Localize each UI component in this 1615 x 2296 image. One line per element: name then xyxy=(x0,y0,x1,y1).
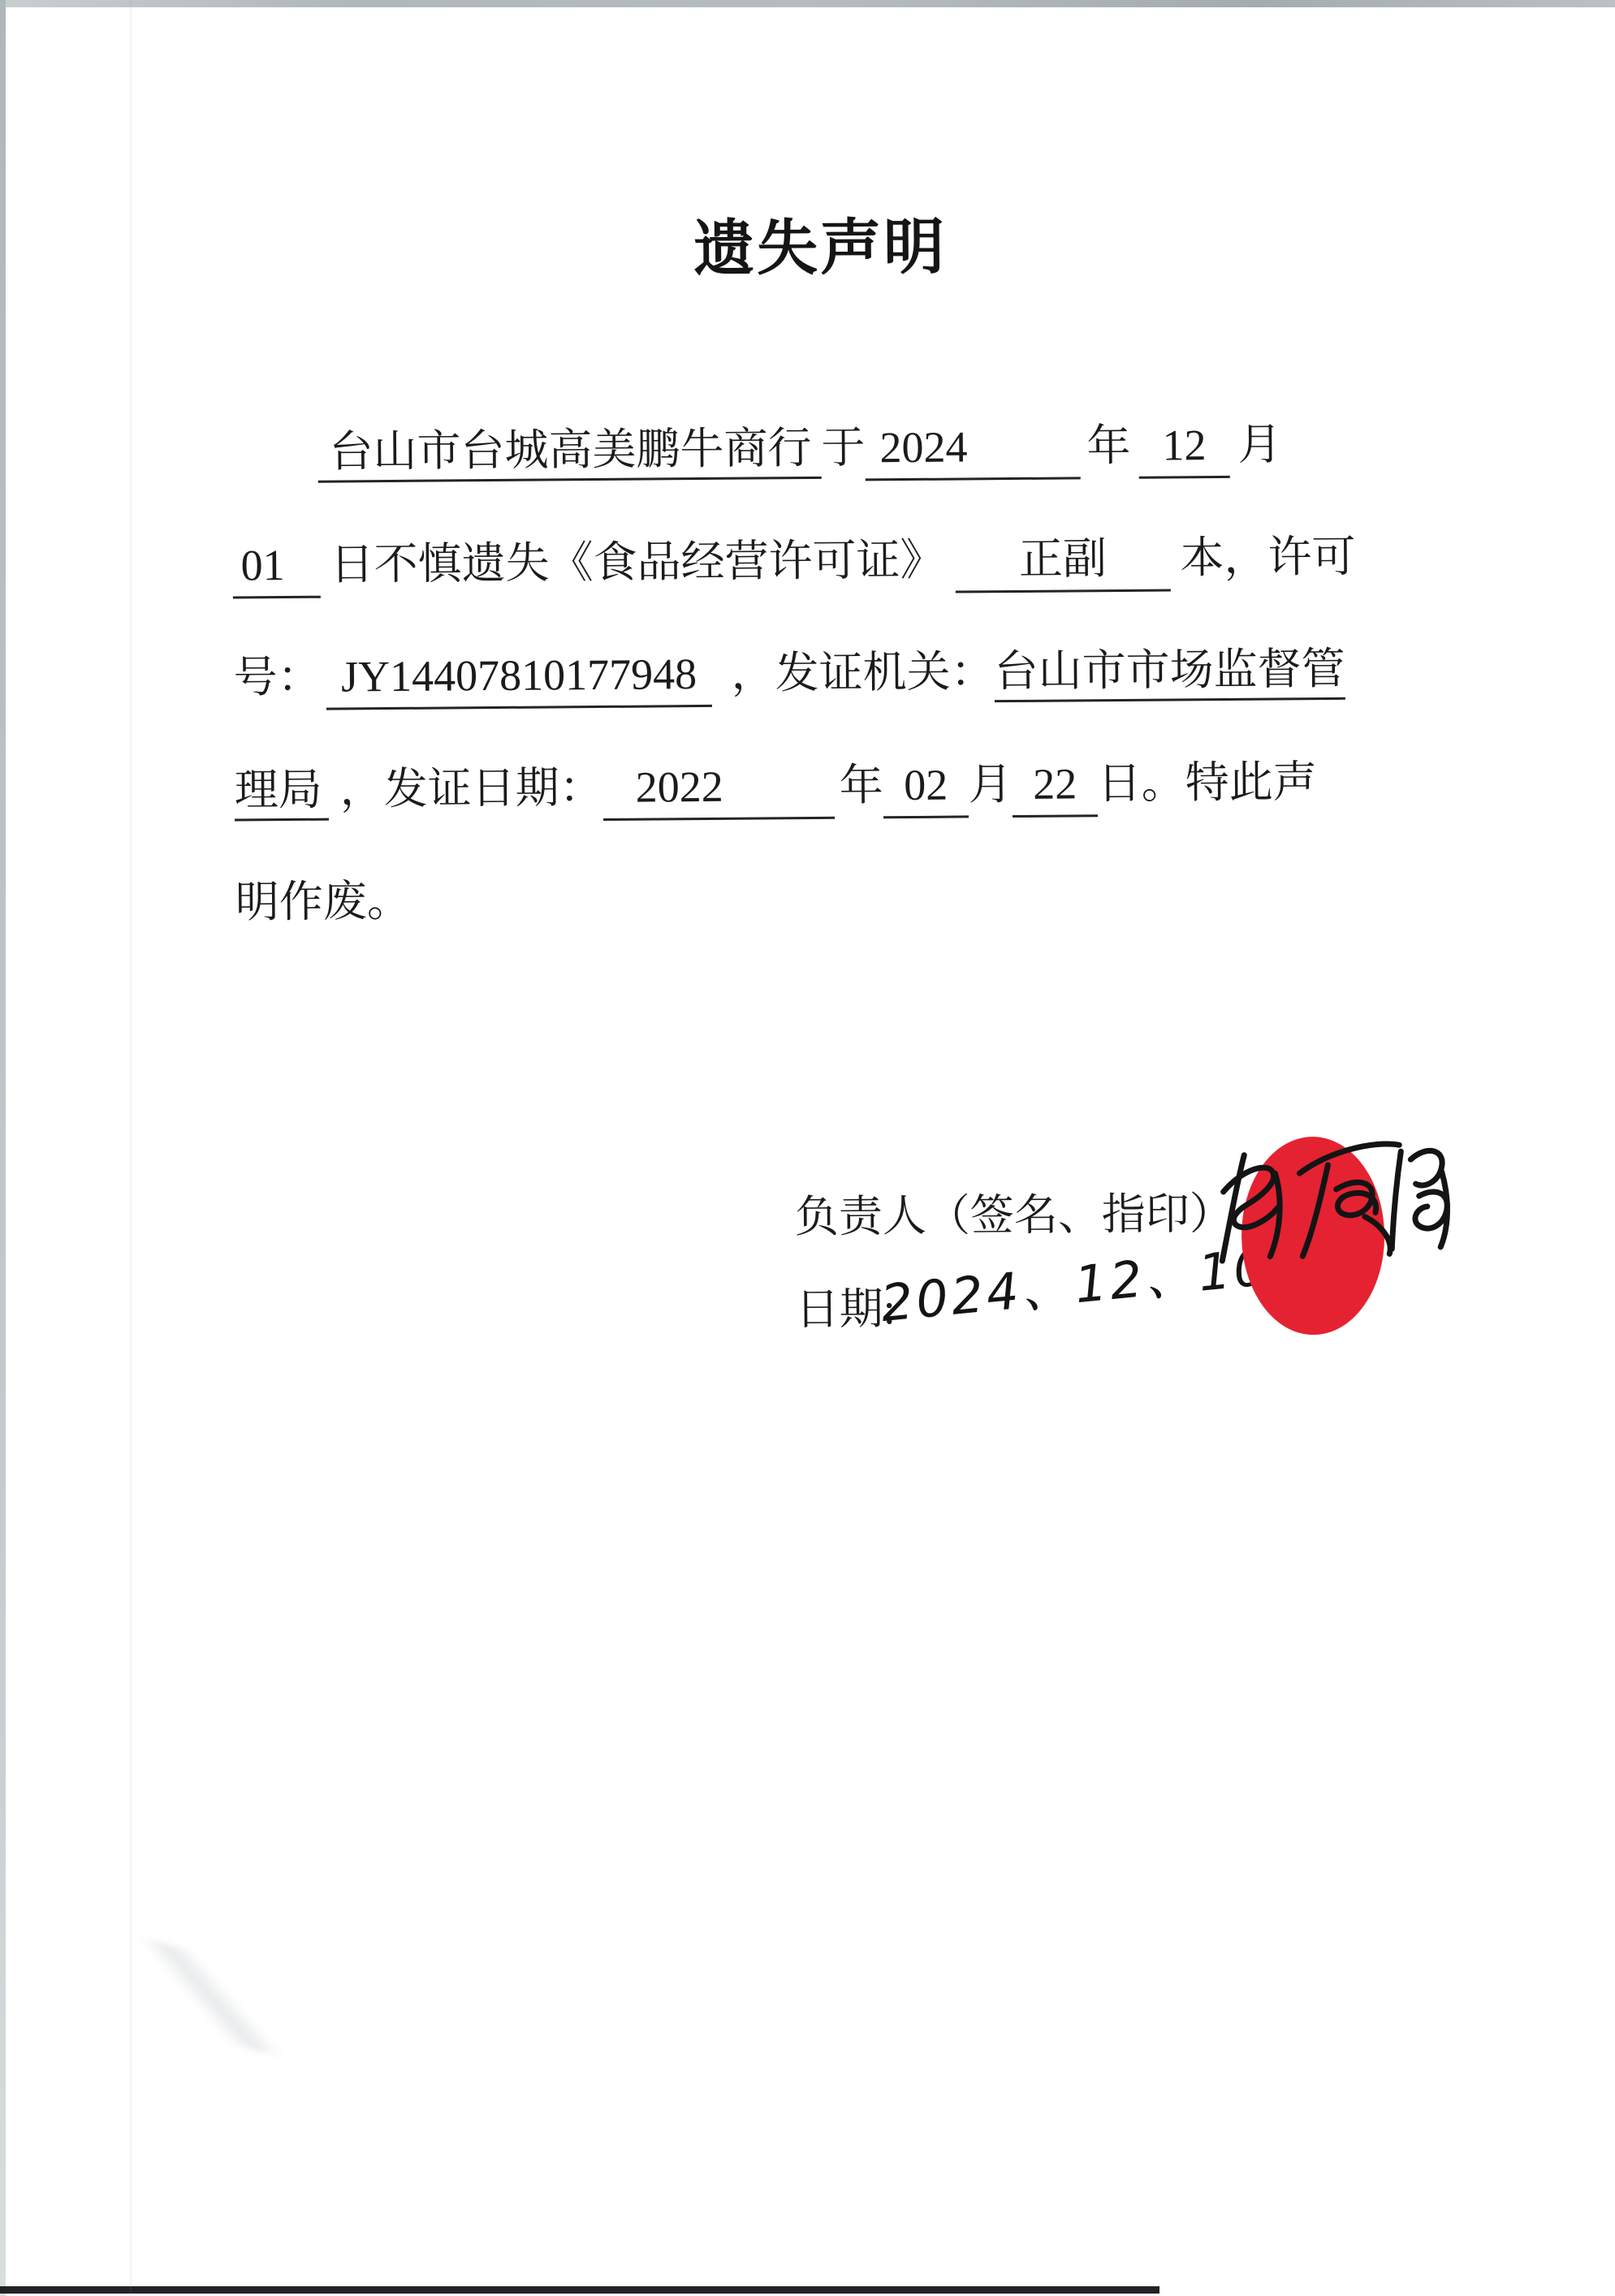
body-line-1: 台山市台城高美鹏牛商行于2024年12月 xyxy=(317,418,1282,485)
scanned-page: 遗失声明 台山市台城高美鹏牛商行于2024年12月 01日不慎遗失《食品经营许可… xyxy=(0,0,1615,2296)
scan-edge-top xyxy=(0,0,1615,7)
authority-part1: 台山市市场监督管 xyxy=(994,645,1345,702)
scan-edge-left xyxy=(0,0,6,2296)
issue-year-label: 年 xyxy=(839,761,883,809)
line4-tail: 日。特此声 xyxy=(1097,757,1316,808)
line3-mid: ，发证机关： xyxy=(731,647,994,698)
issue-month-label: 月 xyxy=(968,760,1012,809)
line2-tail: 本，许可 xyxy=(1180,533,1355,583)
lost-day-blank: 01 xyxy=(232,539,321,599)
body-line-2: 01日不慎遗失《食品经营许可证》正副本，许可 xyxy=(232,531,1356,599)
body-line-4: 理局，发证日期：2022年02月22日。特此声 xyxy=(234,756,1317,823)
line4-mid: ，发证日期： xyxy=(340,763,603,814)
text-yu: 于 xyxy=(821,423,865,472)
copies-blank: 正副 xyxy=(955,532,1171,593)
issue-month-blank: 02 xyxy=(883,758,969,818)
issue-day-blank: 22 xyxy=(1012,757,1098,818)
issue-year-blank: 2022 xyxy=(602,760,835,821)
signature-ink xyxy=(1221,1143,1448,1261)
handwritten-signature xyxy=(1195,1125,1468,1278)
license-no-blank: JY14407810177948 xyxy=(326,648,712,710)
line3-head: 号： xyxy=(233,653,321,702)
month-label: 月 xyxy=(1237,420,1281,468)
scan-edge-bottom xyxy=(0,2286,1159,2294)
body-line-3: 号：JY14407810177948，发证机关：台山市市场监督管 xyxy=(233,643,1345,711)
authority-part2: 理局 xyxy=(235,766,330,822)
lost-month-blank: 12 xyxy=(1138,419,1230,479)
body-line-5: 明作废。 xyxy=(235,875,411,929)
lost-year-blank: 2024 xyxy=(865,420,1081,481)
document-title: 遗失声明 xyxy=(12,193,1615,293)
document-sheet: 遗失声明 台山市台城高美鹏牛商行于2024年12月 01日不慎遗失《食品经营许可… xyxy=(0,0,1615,2296)
line2-text: 日不慎遗失《食品经营许可证》 xyxy=(330,536,944,589)
year-label: 年 xyxy=(1086,421,1130,470)
business-name-filled: 台山市台城高美鹏牛商行 xyxy=(317,424,822,483)
